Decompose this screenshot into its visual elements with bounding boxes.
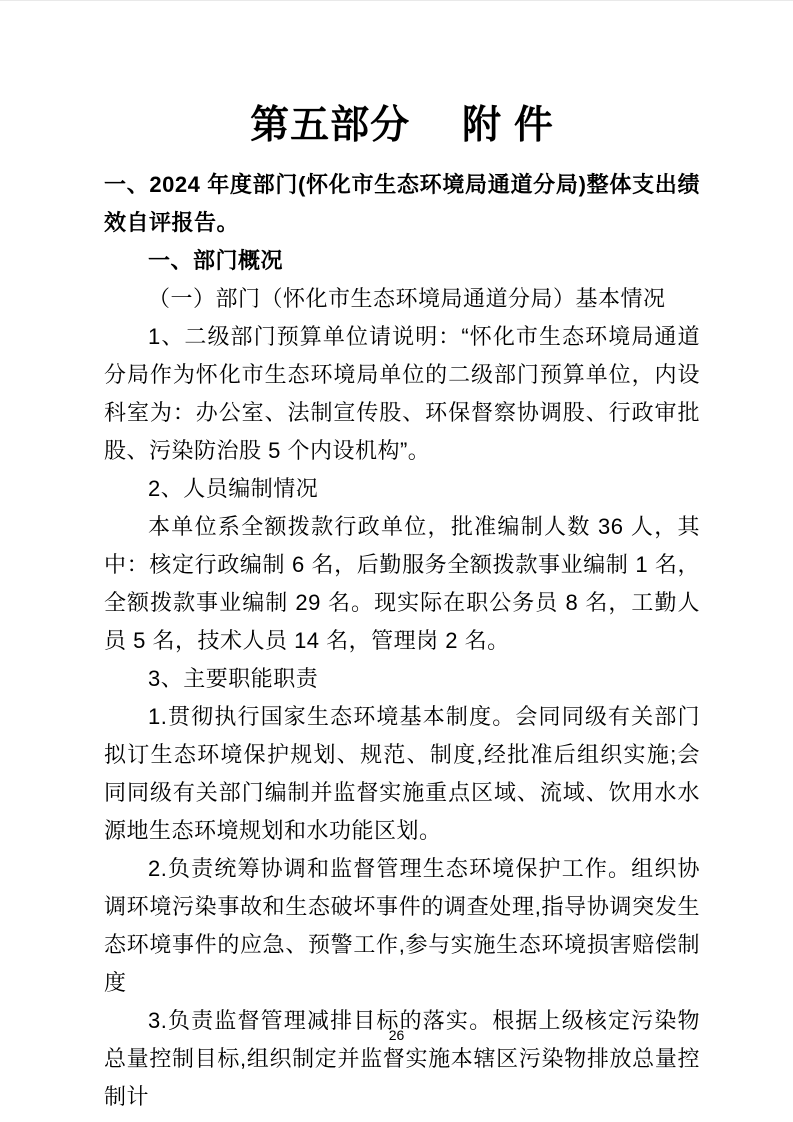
report-heading: 一、2024 年度部门(怀化市生态环境局通道分局)整体支出绩效自评报告。 [104,166,700,242]
paragraph-duty-1: 1.贯彻执行国家生态环境基本制度。会同同级有关部门拟订生态环境保护规划、规范、制… [104,698,700,850]
document-page: 第五部分 附 件 一、2024 年度部门(怀化市生态环境局通道分局)整体支出绩效… [0,0,793,1122]
paragraph-duty-3: 3.负责监督管理减排目标的落实。根据上级核定污染物总量控制目标,组织制定并监督实… [104,1002,700,1116]
document-body: 一、2024 年度部门(怀化市生态环境局通道分局)整体支出绩效自评报告。 一、部… [104,166,700,1116]
page-number-footer: 26 [0,1027,793,1043]
section-heading-department-overview: 一、部门概况 [104,242,700,280]
paragraph-duty-2: 2.负责统筹协调和监督管理生态环境保护工作。组织协调环境污染事故和生态破坏事件的… [104,850,700,1002]
subsection-heading-staffing: 2、人员编制情况 [104,470,700,508]
paragraph-budget-unit-description: 1、二级部门预算单位请说明：“怀化市生态环境局通道分局作为怀化市生态环境局单位的… [104,318,700,470]
paragraph-staffing-details: 本单位系全额拨款行政单位，批准编制人数 36 人，其中：核定行政编制 6 名，后… [104,508,700,660]
subsection-heading-basic-situation: （一）部门（怀化市生态环境局通道分局）基本情况 [104,280,700,318]
subsection-heading-main-duties: 3、主要职能职责 [104,660,700,698]
document-title: 第五部分 附 件 [104,103,700,149]
